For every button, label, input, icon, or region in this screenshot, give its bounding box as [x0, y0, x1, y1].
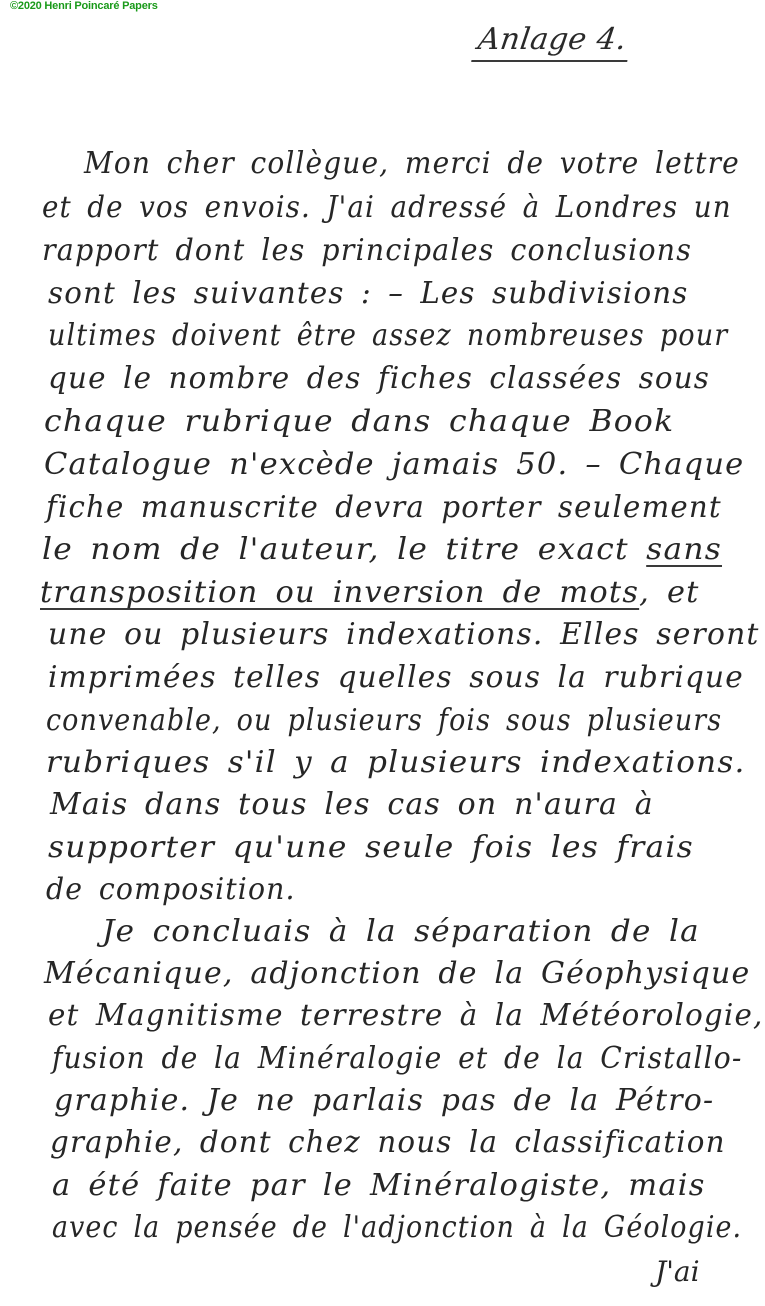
catchword: J'ai [655, 1256, 700, 1288]
annex-label: Anlage 4. [471, 22, 633, 62]
letter-line: une ou plusieurs indexations. Elles sero… [48, 617, 760, 653]
letter-line: et de vos envois. J'ai adressé à Londres… [42, 190, 732, 226]
letter-line: Mais dans tous les cas on n'aura à [50, 787, 654, 823]
letter-line: sont les suivantes : – Les subdivisions [48, 276, 688, 312]
letter-line: de composition. [46, 872, 296, 908]
letter-line: rapport dont les principales conclusions [42, 233, 692, 269]
letter-line: le nom de l'auteur, le titre exact sans [42, 532, 722, 568]
letter-line: fusion de la Minéralogie et de la Crista… [52, 1041, 742, 1077]
letter-line: Je concluais à la séparation de la [102, 914, 700, 950]
letter-line: rubriques s'il y a plusieurs indexations… [46, 745, 746, 781]
letter-line: que le nombre des fiches classées sous [48, 361, 710, 397]
letter-line: ultimes doivent être assez nombreuses po… [48, 318, 728, 354]
letter-line: a été faite par le Minéralogiste, mais [52, 1168, 706, 1204]
letter-line: transposition ou inversion de mots, et [40, 575, 700, 611]
letter-line: imprimées telles quelles sous la rubriqu… [48, 660, 744, 696]
letter-line: fiche manuscrite devra porter seulement [46, 490, 722, 526]
letter-line: Catalogue n'excède jamais 50. – Chaque [44, 447, 744, 483]
letter-line: Mon cher collègue, merci de votre lettre [84, 146, 740, 182]
letter-line: graphie, dont chez nous la classificatio… [50, 1125, 726, 1161]
letter-line: convenable, ou plusieurs fois sous plusi… [46, 703, 722, 739]
letter-line: avec la pensée de l'adjonction à la Géol… [52, 1210, 742, 1246]
letter-line: supporter qu'une seule fois les frais [48, 830, 694, 866]
underlined-text: sans [646, 532, 722, 567]
underlined-text: transposition ou inversion de mots [40, 575, 639, 610]
letter-line: graphie. Je ne parlais pas de la Pétro- [54, 1083, 714, 1119]
letter-line: et Magnitisme terrestre à la Météorologi… [48, 998, 763, 1034]
letter-line: Mécanique, adjonction de la Géophysique [44, 956, 750, 992]
copyright-notice: ©2020 Henri Poincaré Papers [10, 0, 158, 13]
letter-line: chaque rubrique dans chaque Book [44, 404, 674, 440]
